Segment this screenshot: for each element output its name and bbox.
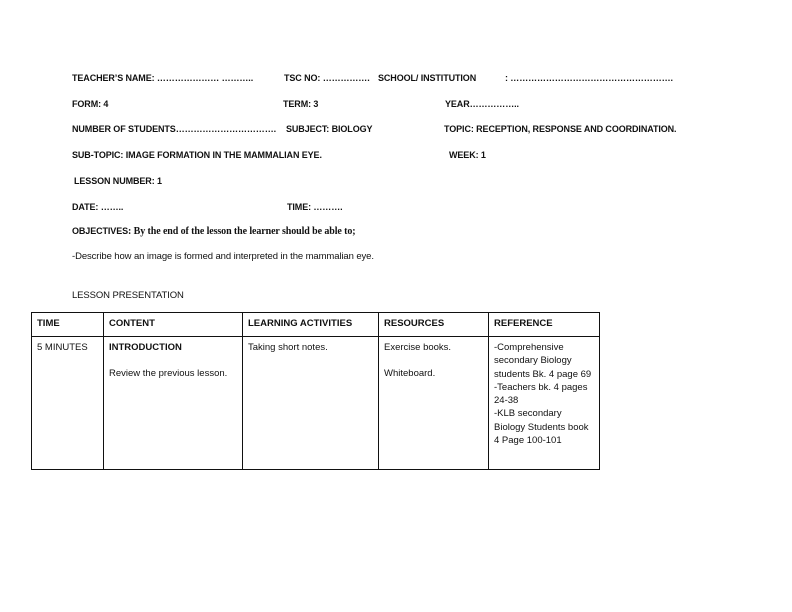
form-field: FORM: 4 <box>72 99 108 109</box>
school-value: : ………………………………………………. <box>505 73 673 83</box>
teacher-name-field: TEACHER’S NAME: ………………… ……….. <box>72 73 253 83</box>
year-field: YEAR…………….. <box>445 99 519 109</box>
tsc-no-field: TSC NO: ……………. <box>284 73 370 83</box>
lesson-presentation-title: LESSON PRESENTATION <box>72 290 184 301</box>
objectives-heading: OBJECTIVES: By the end of the lesson the… <box>72 226 355 237</box>
school-label: SCHOOL/ INSTITUTION <box>378 73 476 83</box>
table-row: 5 MINUTES INTRODUCTION Review the previo… <box>32 337 600 470</box>
objective-item: -Describe how an image is formed and int… <box>72 251 374 262</box>
time-field: TIME: ………. <box>287 202 343 212</box>
objectives-label: OBJECTIVES <box>72 226 128 236</box>
reference-item: -Comprehensive secondary Biology student… <box>494 341 594 381</box>
cell-reference: -Comprehensive secondary Biology student… <box>489 337 600 470</box>
objectives-intro: : By the end of the lesson the learner s… <box>128 226 355 237</box>
column-header-learning-activities: LEARNING ACTIVITIES <box>243 313 379 337</box>
sub-topic-field: SUB-TOPIC: IMAGE FORMATION IN THE MAMMAL… <box>72 150 322 160</box>
cell-content: INTRODUCTION Review the previous lesson. <box>104 337 243 470</box>
content-heading: INTRODUCTION <box>109 342 182 353</box>
number-of-students-field: NUMBER OF STUDENTS……………………………. <box>72 124 276 134</box>
column-header-content: CONTENT <box>104 313 243 337</box>
date-field: DATE: …….. <box>72 202 123 212</box>
resource-item: Whiteboard. <box>384 367 483 380</box>
column-header-time: TIME <box>32 313 104 337</box>
content-body: Review the previous lesson. <box>109 367 237 380</box>
resource-item: Exercise books. <box>384 341 483 354</box>
reference-item: -Teachers bk. 4 pages 24-38 <box>494 381 594 408</box>
table-header-row: TIME CONTENT LEARNING ACTIVITIES RESOURC… <box>32 313 600 337</box>
reference-item: -KLB secondary Biology Students book 4 P… <box>494 407 594 447</box>
column-header-reference: REFERENCE <box>489 313 600 337</box>
lesson-presentation-table: TIME CONTENT LEARNING ACTIVITIES RESOURC… <box>31 312 600 470</box>
topic-field: TOPIC: RECEPTION, RESPONSE AND COORDINAT… <box>444 124 676 134</box>
cell-resources: Exercise books. Whiteboard. <box>379 337 489 470</box>
cell-time: 5 MINUTES <box>32 337 104 470</box>
subject-field: SUBJECT: BIOLOGY <box>286 124 372 134</box>
column-header-resources: RESOURCES <box>379 313 489 337</box>
week-field: WEEK: 1 <box>449 150 486 160</box>
term-field: TERM: 3 <box>283 99 318 109</box>
cell-learning-activities: Taking short notes. <box>243 337 379 470</box>
lesson-number-field: LESSON NUMBER: 1 <box>74 176 162 186</box>
